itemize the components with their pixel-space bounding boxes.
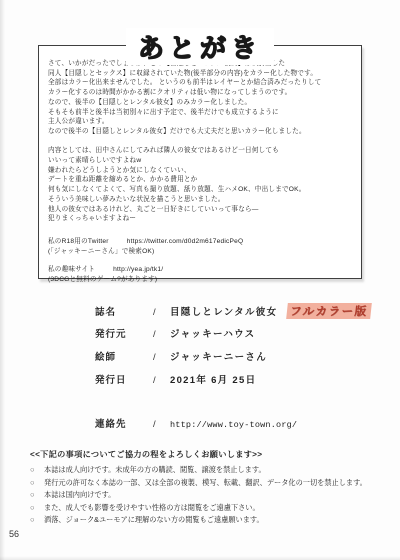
note-text: 本誌は国内向けです。 bbox=[44, 489, 115, 502]
twitter-line: 私のR18用のTwitter https://twitter.com/d0d2m… bbox=[48, 237, 354, 247]
colophon-separator: / bbox=[153, 419, 170, 430]
hobby-site-note: (3DCGと無料のゲーム?があります) bbox=[48, 275, 354, 285]
scan-edge-shading bbox=[0, 0, 5, 560]
note-item-3: ○ 本誌は国内向けです。 bbox=[30, 489, 367, 502]
colophon-row-contact: 連絡先 / http://www.toy-town.org/ bbox=[95, 416, 371, 439]
colophon-label-artist: 絵師 bbox=[95, 349, 153, 363]
publish-date-value: 2021年 6月 25日 bbox=[170, 372, 256, 386]
afterword-paragraph-1: さて、いかがだったでしょうか、この【目隠しとレンタル彼女】は以前出した 同人【目… bbox=[48, 59, 354, 137]
colophon-separator: / bbox=[153, 307, 170, 318]
colophon-label-date: 発行日 bbox=[95, 372, 153, 386]
scan-edge-bottom-shading bbox=[0, 556, 400, 560]
page-number: 56 bbox=[9, 529, 19, 539]
note-item-2: ○ 発行元の許可なく本誌の一部、又は全部の複製、模写、転載、翻訳、データ化の一切… bbox=[30, 477, 367, 490]
colophon-separator: / bbox=[153, 352, 170, 363]
publisher-value: ジャッキーハウス bbox=[170, 326, 255, 340]
note-item-4: ○ また、成人でも影響を受けやすい性格の方は閲覧をご遠慮下さい。 bbox=[30, 502, 367, 515]
colophon-label-contact: 連絡先 bbox=[95, 416, 153, 430]
full-color-badge: フルカラー版 bbox=[287, 303, 372, 319]
note-item-1: ○ 本誌は成人向けです。未成年の方の購読、閲覧、譲渡を禁止します。 bbox=[30, 464, 367, 477]
circle-bullet-icon: ○ bbox=[30, 502, 44, 515]
colophon-row-title: 誌名 / 目隠しとレンタル彼女 フルカラー版 bbox=[95, 303, 371, 326]
afterword-box: あとがき さて、いかがだったでしょうか、この【目隠しとレンタル彼女】は以前出した… bbox=[38, 45, 362, 279]
book-title-value: 目隠しとレンタル彼女 bbox=[170, 304, 277, 318]
hobby-site-line: 私の趣味サイト http://yea.jp/tk1/ bbox=[48, 265, 354, 275]
circle-bullet-icon: ○ bbox=[30, 477, 44, 490]
circle-bullet-icon: ○ bbox=[30, 489, 44, 502]
afterword-body: さて、いかがだったでしょうか、この【目隠しとレンタル彼女】は以前出した 同人【目… bbox=[39, 46, 361, 285]
note-text: 洒落、ジョーク&ユーモアに理解のない方の閲覧もご遠慮願います。 bbox=[44, 514, 264, 527]
disclaimer-notes: <<下記の事項についてご協力の程をよろしくお願いします>> ○ 本誌は成人向けで… bbox=[30, 449, 367, 527]
notes-header: <<下記の事項についてご協力の程をよろしくお願いします>> bbox=[30, 449, 367, 460]
note-text: 本誌は成人向けです。未成年の方の購読、閲覧、譲渡を禁止します。 bbox=[44, 464, 266, 477]
note-item-5: ○ 洒落、ジョーク&ユーモアに理解のない方の閲覧もご遠慮願います。 bbox=[30, 514, 367, 527]
hobby-site-block: 私の趣味サイト http://yea.jp/tk1/ (3DCGと無料のゲーム?… bbox=[48, 265, 354, 284]
colophon-separator: / bbox=[153, 329, 170, 340]
colophon-row-date: 発行日 / 2021年 6月 25日 bbox=[95, 372, 371, 395]
circle-bullet-icon: ○ bbox=[30, 514, 44, 527]
twitter-label: 私のR18用のTwitter bbox=[48, 238, 109, 245]
hobby-site-label: 私の趣味サイト bbox=[48, 266, 95, 273]
twitter-contact-block: 私のR18用のTwitter https://twitter.com/d0d2m… bbox=[48, 237, 354, 256]
circle-bullet-icon: ○ bbox=[30, 464, 44, 477]
colophon-separator: / bbox=[153, 375, 170, 386]
colophon-label-title: 誌名 bbox=[95, 304, 153, 318]
note-text: また、成人でも影響を受けやすい性格の方は閲覧をご遠慮下さい。 bbox=[44, 502, 260, 515]
twitter-note: (「ジャッキーニーさん」で検索OK) bbox=[48, 247, 354, 257]
colophon: 誌名 / 目隠しとレンタル彼女 フルカラー版 発行元 / ジャッキーハウス 絵師… bbox=[95, 303, 371, 439]
hobby-site-url: http://yea.jp/tk1/ bbox=[113, 266, 163, 273]
twitter-url: https://twitter.com/d0d2m617edicPeQ bbox=[127, 238, 244, 245]
colophon-label-publisher: 発行元 bbox=[95, 326, 153, 340]
afterword-paragraph-2: 内容としては、田中さんにしてみれば隣人の彼女ではあるけど一日何しても いいって素… bbox=[48, 146, 354, 224]
contact-url-value: http://www.toy-town.org/ bbox=[170, 420, 297, 430]
colophon-row-publisher: 発行元 / ジャッキーハウス bbox=[95, 326, 371, 349]
colophon-row-artist: 絵師 / ジャッキーニーさん bbox=[95, 349, 371, 372]
artist-value: ジャッキーニーさん bbox=[170, 349, 267, 363]
note-text: 発行元の許可なく本誌の一部、又は全部の複製、模写、転載、翻訳、データ化の一切を禁… bbox=[44, 477, 367, 490]
afterword-title: あとがき bbox=[126, 28, 274, 65]
